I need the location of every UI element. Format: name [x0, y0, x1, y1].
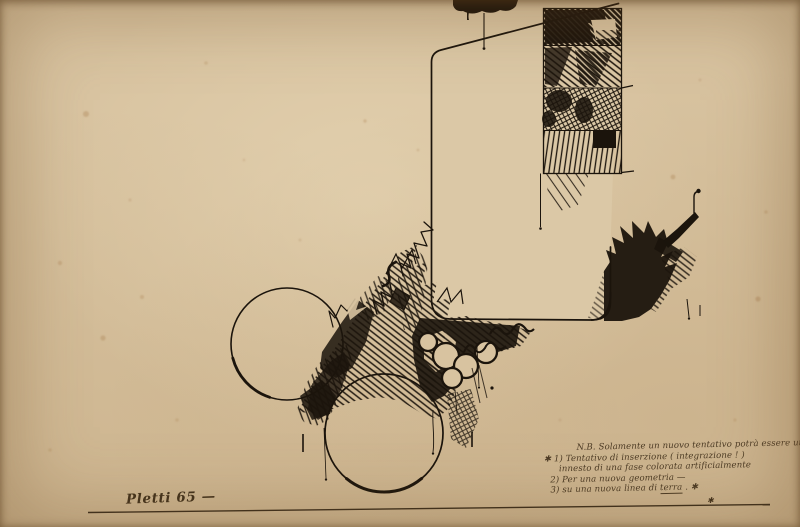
- annotation-block: N.B. Solamente un nuovo tentativo potrà …: [543, 438, 790, 496]
- hook-mark: [694, 189, 701, 213]
- baseline-rule: [88, 505, 770, 513]
- underlined-word: terra: [660, 483, 683, 494]
- footnote-asterisk: ✱: [707, 496, 714, 505]
- artist-signature: Pletti 65 —: [126, 488, 216, 507]
- artwork-scan: Pletti 65 — N.B. Solamente un nuovo tent…: [0, 0, 800, 527]
